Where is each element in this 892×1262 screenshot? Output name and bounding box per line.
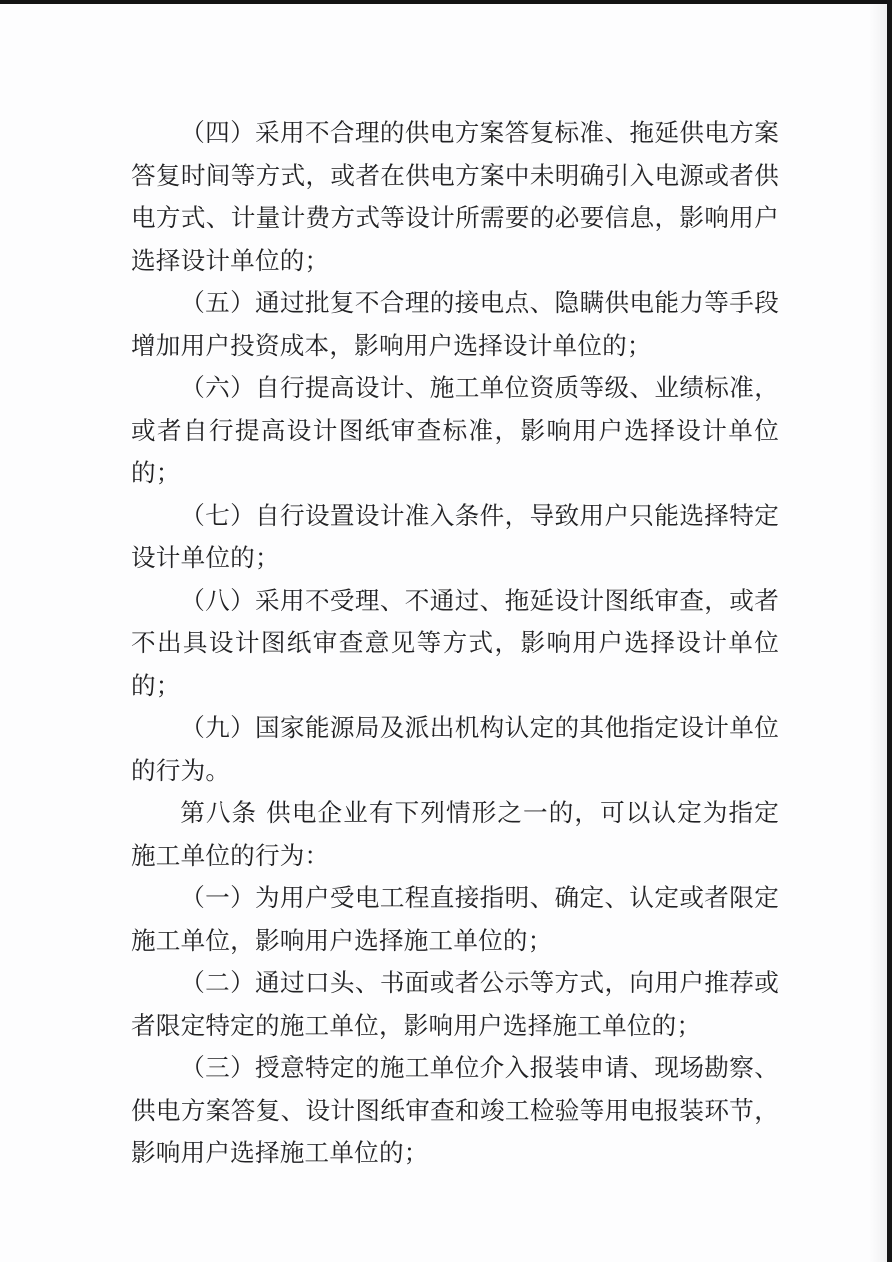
paragraph-item-6: （六）自行提高设计、施工单位资质等级、业绩标准，或者自行提高设计图纸审查标准，影… [131, 367, 779, 495]
document-text-block: （四）采用不合理的供电方案答复标准、拖延供电方案答复时间等方式，或者在供电方案中… [131, 112, 779, 1175]
paragraph-article-8: 第八条 供电企业有下列情形之一的，可以认定为指定施工单位的行为： [131, 792, 779, 877]
scan-edge-right-shadow [869, 0, 887, 1262]
document-page: （四）采用不合理的供电方案答复标准、拖延供电方案答复时间等方式，或者在供电方案中… [0, 0, 892, 1262]
paragraph-item-9: （九）国家能源局及派出机构认定的其他指定设计单位的行为。 [131, 707, 779, 792]
paragraph-item-5: （五）通过批复不合理的接电点、隐瞒供电能力等手段增加用户投资成本，影响用户选择设… [131, 282, 779, 367]
scan-edge-top [0, 0, 892, 4]
paragraph-item-4: （四）采用不合理的供电方案答复标准、拖延供电方案答复时间等方式，或者在供电方案中… [131, 112, 779, 282]
paragraph-item-3: （三）授意特定的施工单位介入报装申请、现场勘察、供电方案答复、设计图纸审查和竣工… [131, 1047, 779, 1175]
scan-edge-right [887, 0, 892, 1262]
paragraph-item-1: （一）为用户受电工程直接指明、确定、认定或者限定施工单位，影响用户选择施工单位的… [131, 877, 779, 962]
paragraph-item-7: （七）自行设置设计准入条件，导致用户只能选择特定设计单位的； [131, 495, 779, 580]
paragraph-item-8: （八）采用不受理、不通过、拖延设计图纸审查，或者不出具设计图纸审查意见等方式，影… [131, 580, 779, 708]
paragraph-item-2: （二）通过口头、书面或者公示等方式，向用户推荐或者限定特定的施工单位，影响用户选… [131, 962, 779, 1047]
